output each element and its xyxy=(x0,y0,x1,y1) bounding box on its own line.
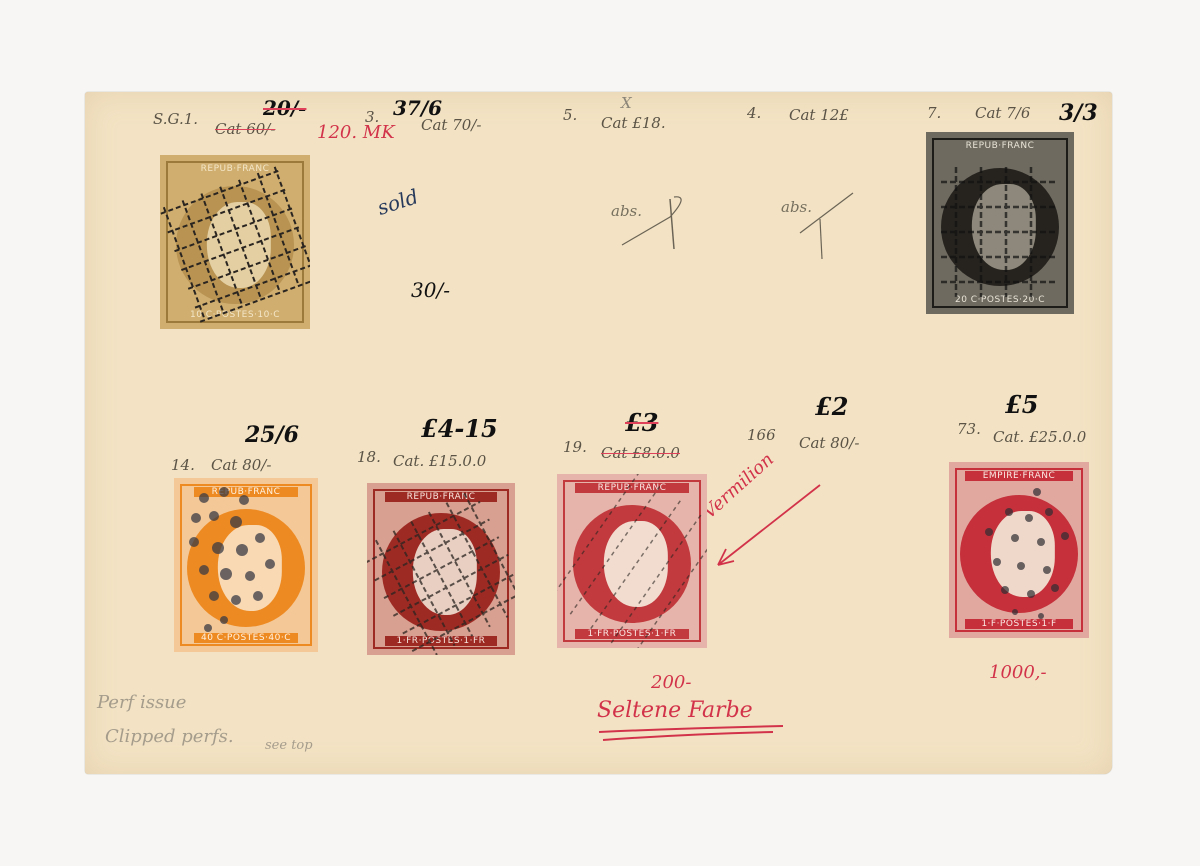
price-note: 30/- xyxy=(411,278,450,302)
item-number: 4. xyxy=(747,104,761,122)
sold-note: sold xyxy=(374,184,421,220)
pencil-note-see-top: see top xyxy=(265,738,313,753)
stamp-20c-black: REPUB·FRANC 20 C·POSTES·20·C xyxy=(926,132,1074,314)
item-number: 19. xyxy=(563,438,587,456)
stamp-1fr-carmine-brown: REPUB·FRANC 1·FR·POSTES·1·FR xyxy=(367,483,515,655)
grid-cancel xyxy=(926,132,1074,314)
item-number: 14. xyxy=(171,456,195,474)
stamp-1fr-carmine: REPUB·FRANC 1·FR·POSTES·1·FR xyxy=(557,474,707,648)
price: £5 xyxy=(1005,390,1038,419)
item-number: 5. xyxy=(563,106,577,124)
item-number: 18. xyxy=(357,448,381,466)
red-note-seltene-farbe: Seltene Farbe xyxy=(597,698,753,723)
price: £4-15 xyxy=(421,414,498,443)
dot-cancel xyxy=(174,478,318,652)
pencil-strike-marks xyxy=(600,187,900,267)
red-value-note: 200- xyxy=(651,672,691,693)
red-arrow xyxy=(710,477,830,577)
catalogue-value: Cat. £25.0.0 xyxy=(993,428,1086,446)
catalogue-value: Cat 12£ xyxy=(789,106,849,124)
catalogue-value: Cat £18. xyxy=(601,114,666,132)
pencil-note-perf-issue: Perf issue xyxy=(97,692,186,713)
catalogue-value: Cat 7/6 xyxy=(975,104,1030,122)
item-number: 7. xyxy=(927,104,941,122)
red-note: 120. MK xyxy=(317,122,395,143)
red-value-note: 1000,- xyxy=(989,662,1047,683)
item-number: S.G.1. xyxy=(153,110,198,128)
price: 20/- xyxy=(263,96,306,120)
dot-cancel xyxy=(949,462,1089,638)
catalogue-value: Cat 80/- xyxy=(211,456,271,474)
catalogue-value: Cat £8.0.0 xyxy=(601,444,680,462)
catalogue-value: Cat 80/- xyxy=(799,434,859,452)
price: £2 xyxy=(815,392,848,421)
catalogue-value: Cat 60/- xyxy=(215,120,275,138)
price: 25/6 xyxy=(245,422,299,448)
item-number: 73. xyxy=(957,420,981,438)
album-page: S.G.1. Cat 60/- 20/- 120. MK 3. 37/6 Cat… xyxy=(85,92,1112,774)
grid-cancel xyxy=(160,155,310,329)
item-number: 166 xyxy=(747,426,776,444)
catalogue-value: Cat 70/- xyxy=(421,116,481,134)
stamp-40c-orange: REPUB·FRANC 40 C·POSTES·40·C xyxy=(174,478,318,652)
price: 3/3 xyxy=(1059,100,1098,126)
catalogue-value: Cat. £15.0.0 xyxy=(393,452,486,470)
pencil-note-clipped-perfs: Clipped perfs. xyxy=(105,726,234,747)
item-number: 3. xyxy=(365,108,379,126)
grid-cancel xyxy=(367,483,515,655)
stamp-10c-bistre: REPUB·FRANC 10 C·POSTES·10·C xyxy=(160,155,310,329)
stamp-1f-empire-carmine: EMPIRE·FRANC 1·F·POSTES·1·F xyxy=(949,462,1089,638)
x-mark: X xyxy=(621,94,632,112)
price: £3 xyxy=(625,408,658,437)
red-underline xyxy=(597,722,787,746)
grid-cancel xyxy=(557,474,707,648)
